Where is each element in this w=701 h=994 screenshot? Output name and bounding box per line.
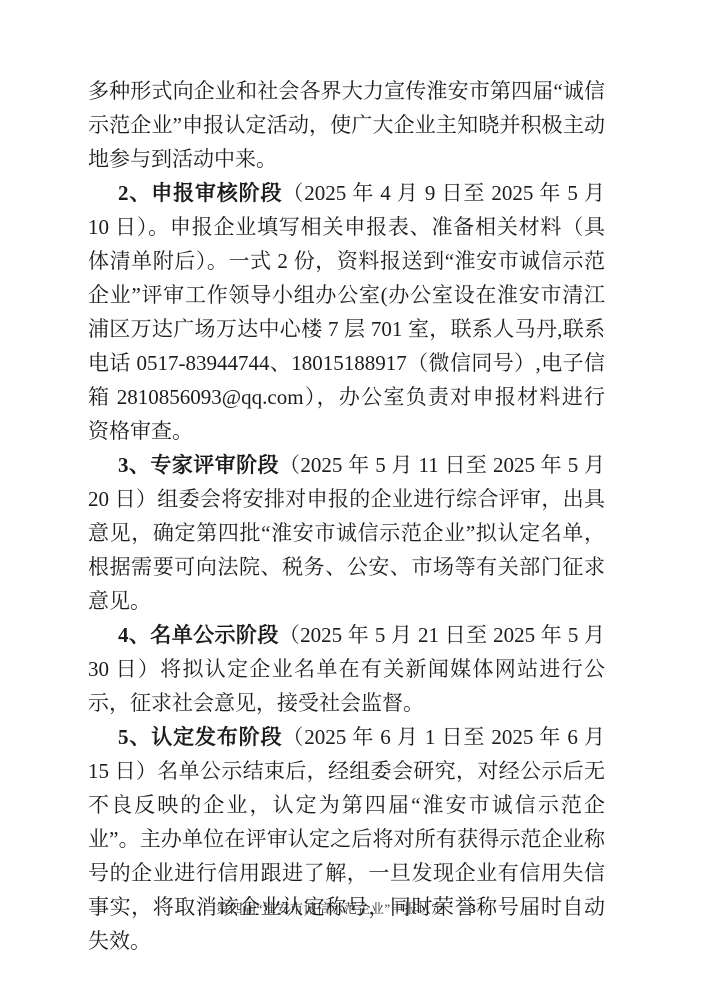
paragraph-text: 多种形式向企业和社会各界大力宣传淮安市第四届“诚信示范企业”申报认定活动，使广大… xyxy=(88,79,605,171)
page-footer: 第四届“淮安市诚信示范企业”申报认定- 3 - xyxy=(0,900,701,918)
paragraph: 3、专家评审阶段（2025 年 5 月 11 日至 2025 年 5 月 20 … xyxy=(88,448,605,618)
paragraph: 5、认定发布阶段（2025 年 6 月 1 日至 2025 年 6 月 15 日… xyxy=(88,720,605,958)
paragraph: 2、申报审核阶段（2025 年 4 月 9 日至 2025 年 5 月 10 日… xyxy=(88,176,605,448)
paragraph-text: （2025 年 6 月 1 日至 2025 年 6 月 15 日）名单公示结束后… xyxy=(88,725,605,953)
paragraph: 4、名单公示阶段（2025 年 5 月 21 日至 2025 年 5 月 30 … xyxy=(88,618,605,720)
phase-heading: 4、名单公示阶段 xyxy=(118,623,279,647)
paragraph-text: （2025 年 4 月 9 日至 2025 年 5 月 10 日）。申报企业填写… xyxy=(88,181,605,443)
phase-heading: 2、申报审核阶段 xyxy=(118,181,282,205)
paragraph-text: （2025 年 5 月 11 日至 2025 年 5 月 20 日）组委会将安排… xyxy=(88,453,605,613)
document-body: 多种形式向企业和社会各界大力宣传淮安市第四届“诚信示范企业”申报认定活动，使广大… xyxy=(88,74,605,958)
phase-heading: 5、认定发布阶段 xyxy=(118,725,282,749)
paragraph: 多种形式向企业和社会各界大力宣传淮安市第四届“诚信示范企业”申报认定活动，使广大… xyxy=(88,74,605,176)
footer-page-number: - 3 - xyxy=(461,901,485,916)
phase-heading: 3、专家评审阶段 xyxy=(118,453,279,477)
document-page: 多种形式向企业和社会各界大力宣传淮安市第四届“诚信示范企业”申报认定活动，使广大… xyxy=(0,0,701,994)
footer-title: 第四届“淮安市诚信示范企业”申报认定 xyxy=(216,901,445,916)
